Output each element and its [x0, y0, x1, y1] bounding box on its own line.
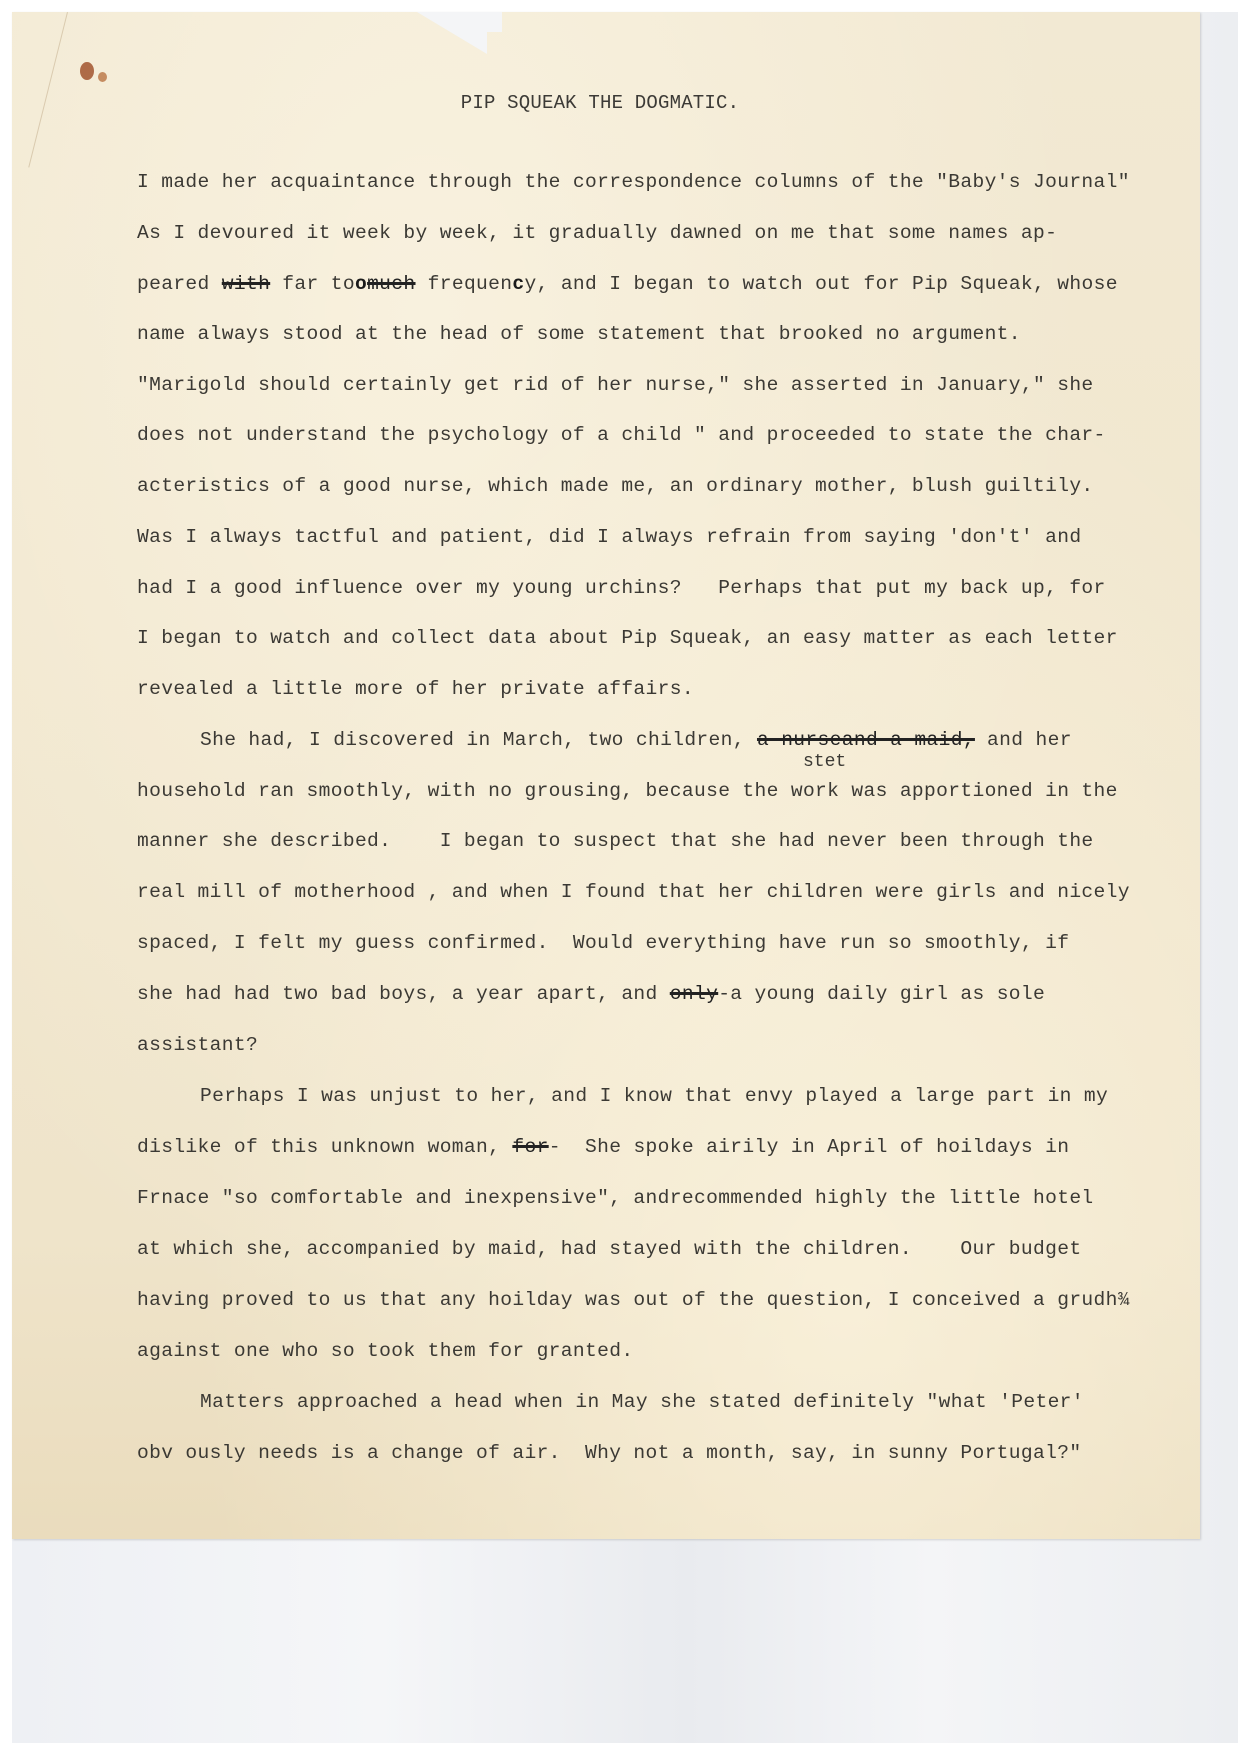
text-line-12: She had, I discovered in March, two chil…	[200, 729, 1072, 751]
text-line-6: does not understand the psychology of a …	[137, 424, 1106, 446]
text-line-5: "Marigold should certainly get rid of he…	[137, 374, 1094, 396]
handwritten-correction: c	[512, 273, 524, 295]
text-line-7: acteristics of a good nurse, which made …	[137, 475, 1094, 497]
text-line-21: Frnace "so comfortable and inexpensive",…	[137, 1187, 1094, 1209]
struck-text: with	[222, 273, 270, 295]
rust-stain-small	[98, 72, 107, 82]
text-line-8: Was I always tactful and patient, did I …	[137, 526, 1081, 548]
text-line-13: household ran smoothly, with no grousing…	[137, 780, 1118, 802]
text-line-25: Matters approached a head when in May sh…	[200, 1391, 1084, 1413]
text-line-1: I made her acquaintance through the corr…	[137, 171, 1130, 193]
text-line-15: real mill of motherhood , and when I fou…	[137, 881, 1130, 903]
text-line-2: As I devoured it week by week, it gradua…	[137, 222, 1057, 244]
struck-text: only	[670, 983, 718, 1005]
text-line-4: name always stood at the head of some st…	[137, 323, 1021, 345]
struck-text: a-nurseand-a-maid,	[757, 729, 975, 751]
text-line-16: spaced, I felt my guess confirmed. Would…	[137, 932, 1069, 954]
text-line-19: Perhaps I was unjust to her, and I know …	[200, 1085, 1108, 1107]
torn-corner-patch	[477, 12, 502, 32]
text-line-18: assistant?	[137, 1034, 258, 1056]
handwritten-correction: o	[355, 273, 367, 295]
text-line-26: obv ously needs is a change of air. Why …	[137, 1442, 1081, 1464]
text-line-17: she had had two bad boys, a year apart, …	[137, 983, 1045, 1005]
rust-stain	[80, 62, 94, 80]
line-text: She had, I discovered in March, two chil…	[200, 729, 757, 751]
line-text: she had had two bad boys, a year apart, …	[137, 983, 670, 1005]
document-title: PIP SQUEAK THE DOGMATIC.	[0, 92, 1200, 114]
line-text: peared	[137, 273, 222, 295]
text-line-23: having proved to us that any hoilday was…	[137, 1289, 1130, 1311]
line-text: far to	[270, 273, 355, 295]
line-text: - She spoke airily in April of hoildays …	[549, 1136, 1070, 1158]
line-text: y, and I began to watch out for Pip Sque…	[525, 273, 1118, 295]
line-text: dislike of this unknown woman,	[137, 1136, 512, 1158]
struck-text: much	[367, 273, 415, 295]
line-text: frequen	[416, 273, 513, 295]
text-line-11: revealed a little more of her private af…	[137, 678, 694, 700]
text-line-10: I began to watch and collect data about …	[137, 627, 1118, 649]
stet-annotation: stet	[803, 752, 846, 772]
text-line-22: at which she, accompanied by maid, had s…	[137, 1238, 1081, 1260]
text-line-3: peared with far toomuch frequency, and I…	[137, 273, 1118, 295]
text-line-24: against one who so took them for granted…	[137, 1340, 633, 1362]
text-line-20: dislike of this unknown woman, for- She …	[137, 1136, 1069, 1158]
line-text: and her	[975, 729, 1072, 751]
text-line-14: manner she described. I began to suspect…	[137, 830, 1094, 852]
text-line-9: had I a good influence over my young urc…	[137, 577, 1106, 599]
fold-crease	[28, 12, 68, 167]
line-text: -a young daily girl as sole	[718, 983, 1045, 1005]
struck-text: for	[512, 1136, 548, 1158]
